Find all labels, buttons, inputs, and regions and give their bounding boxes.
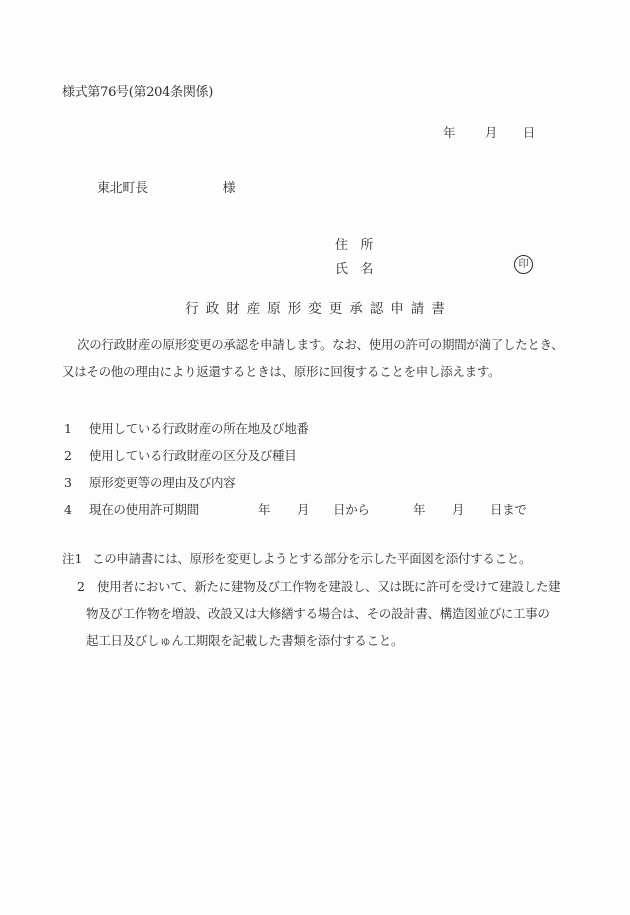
period-month-from-label: 月: [297, 502, 309, 518]
applicant-name-label: 氏 名: [335, 262, 373, 278]
period-day-from-label: 日から: [333, 502, 370, 518]
period-day-to-label: 日まで: [490, 502, 527, 518]
item-number: 4: [64, 502, 89, 518]
date-month-label: 月: [485, 125, 497, 140]
item-text: 現在の使用許可期間: [89, 502, 199, 517]
note-1-marker: 注1: [62, 551, 82, 567]
addressee-line: 東北町長 様: [97, 181, 235, 197]
item-text: 使用している行政財産の区分及び種目: [89, 448, 296, 463]
intro-paragraph-line-1: 次の行政財産の原形変更の承認を申請します。なお、使用の許可の期間が満了したとき、: [77, 337, 564, 353]
item-number: 1: [64, 421, 89, 437]
addressee-honorific: 様: [223, 181, 236, 196]
applicant-address-label: 住 所: [335, 238, 373, 254]
note-2-text-line-3: 起工日及びしゅん工期限を記載した書類を添付すること。: [86, 633, 403, 649]
list-item-4: 4現在の使用許可期間: [64, 502, 199, 518]
note-2-text-line-1: 使用者において、新たに建物及び工作物を建設し、又は既に許可を受けて建設した建: [97, 579, 560, 595]
list-item-1: 1使用している行政財産の所在地及び地番: [64, 421, 309, 437]
document-page: 様式第76号(第204条関係) 年 月 日 東北町長 様 住 所 氏 名 印 行…: [0, 0, 630, 915]
item-text: 使用している行政財産の所在地及び地番: [89, 421, 309, 436]
list-item-3: 3原形変更等の理由及び内容: [64, 475, 235, 491]
addressee-name: 東北町長: [97, 181, 148, 196]
form-number: 様式第76号(第204条関係): [62, 85, 213, 101]
intro-paragraph-line-2: 又はその他の理由により返還するときは、原形に回復することを申し添えます。: [62, 364, 500, 380]
period-month-to-label: 月: [452, 502, 464, 518]
item-number: 2: [64, 448, 89, 464]
item-number: 3: [64, 475, 89, 491]
period-year-to-label: 年: [413, 502, 425, 518]
date-line: 年 月 日: [443, 125, 535, 141]
date-day-label: 日: [523, 125, 535, 140]
date-year-label: 年: [443, 125, 455, 140]
note-1-text: この申請書には、原形を変更しようとする部分を示した平面図を添付すること。: [92, 551, 531, 567]
document-title: 行政財産原形変更承認申請書: [0, 301, 630, 317]
list-item-2: 2使用している行政財産の区分及び種目: [64, 448, 296, 464]
item-text: 原形変更等の理由及び内容: [89, 475, 235, 490]
period-year-from-label: 年: [258, 502, 270, 518]
note-2-text-line-2: 物及び工作物を増設、改設又は大修繕する場合は、その設計書、構造図並びに工事の: [86, 606, 550, 622]
note-2-marker: 2: [77, 579, 85, 595]
seal-icon: 印: [514, 255, 533, 274]
